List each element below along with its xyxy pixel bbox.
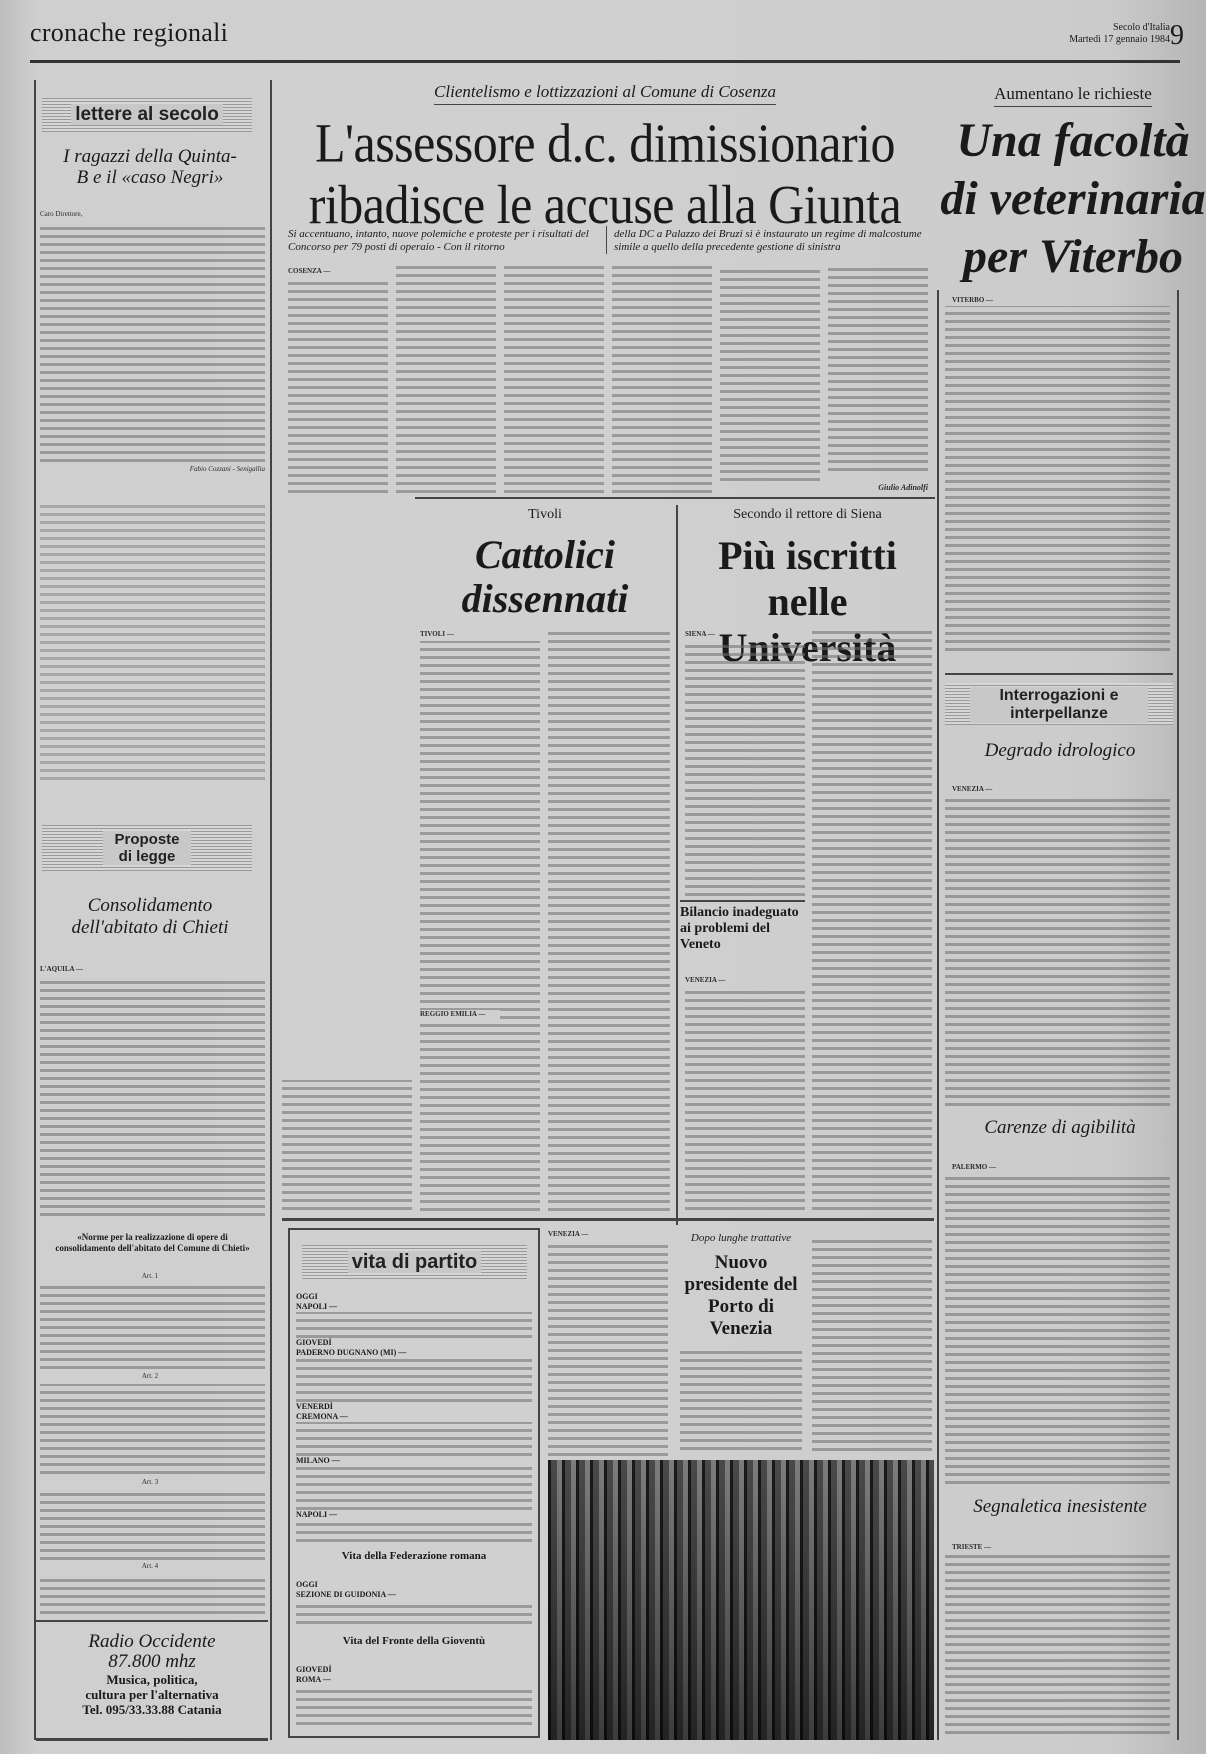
- article-2: Art. 2: [130, 1372, 170, 1381]
- lettere-box: lettere al secolo: [42, 98, 252, 132]
- main-kicker: Clientelismo e lottizzazioni al Comune d…: [285, 82, 925, 105]
- fronte-entry: GIOVEDÌ ROMA —: [296, 1665, 532, 1725]
- lettere-reply: [40, 500, 265, 780]
- entry-day: GIOVEDÌ: [296, 1338, 532, 1348]
- interrogazioni-box: Interrogazioni e interpellanze: [945, 683, 1173, 725]
- bilancio-dateline: VENEZIA —: [685, 976, 735, 985]
- deck-divider: [606, 226, 607, 254]
- vita-entries: OGGI NAPOLI — GIOVEDÌ PADERNO DUGNANO (M…: [296, 1292, 532, 1542]
- main-col-5: [720, 266, 820, 481]
- entry-place: PADERNO DUGNANO (MI) —: [296, 1348, 532, 1358]
- interrogazioni-rule: [945, 673, 1173, 675]
- article-4: Art. 4: [130, 1562, 170, 1571]
- entry-day: GIOVEDÌ: [296, 1665, 532, 1675]
- entry-place: MILANO —: [296, 1456, 532, 1466]
- bilancio-body: [685, 987, 805, 1210]
- segnaletica-title: Segnaletica inesistente: [960, 1496, 1160, 1518]
- norme-title: «Norme per la realizzazione di opere di …: [55, 1232, 250, 1254]
- main-continuation: [282, 1080, 412, 1210]
- right-headline: Una facoltà di veterinaria per Viterbo: [940, 112, 1206, 286]
- issue-date: Martedì 17 gennaio 1984: [1010, 34, 1170, 46]
- siena-col-1: [685, 641, 805, 896]
- main-signature: Giulio Adinolfi: [828, 483, 928, 492]
- entry-place: CREMONA —: [296, 1412, 532, 1422]
- bilancio-rule: [680, 900, 805, 902]
- lettere-body: [40, 222, 265, 462]
- reggio-emilia-dateline: REGGIO EMILIA —: [420, 1010, 500, 1019]
- venezia-col-3: [812, 1236, 932, 1451]
- bilancio-title: Bilancio inadeguato ai problemi del Vene…: [680, 905, 805, 953]
- main-bottom-rule: [415, 497, 935, 499]
- venezia-headline: Nuovo presidente del Porto di Venezia: [680, 1252, 802, 1340]
- carenze-body: [945, 1174, 1170, 1484]
- main-dateline: COSENZA —: [288, 267, 338, 276]
- main-col-3: [504, 266, 604, 493]
- main-deck-right: della DC a Palazzo dei Bruzi si è instau…: [614, 228, 929, 254]
- article-3-body: [40, 1490, 265, 1560]
- entry-body: [296, 1520, 532, 1542]
- main-col-6: [828, 266, 928, 471]
- tivoli-headline: Cattolici dissennati: [415, 533, 675, 621]
- masthead-rule: [30, 60, 1180, 63]
- tivoli-siena-divider: [676, 505, 678, 1225]
- radio-ad-slogan-1: Musica, politica,: [36, 1672, 268, 1687]
- article-4-body: [40, 1574, 265, 1614]
- radio-ad-phone: Tel. 095/33.33.88 Catania: [36, 1702, 268, 1717]
- entry-day: OGGI: [296, 1292, 532, 1302]
- segnaletica-body: [945, 1554, 1170, 1734]
- radio-ad-name: Radio Occidente: [36, 1632, 268, 1652]
- main-col-1: [288, 278, 388, 493]
- entry-place: NAPOLI —: [296, 1302, 532, 1312]
- venezia-kicker: Dopo lunghe trattative: [676, 1232, 806, 1244]
- lettere-salutation: Caro Direttore,: [40, 210, 265, 219]
- radio-ad: Radio Occidente 87.800 mhz Musica, polit…: [36, 1620, 268, 1741]
- publication-info: Secolo d'Italia Martedì 17 gennaio 1984: [1010, 22, 1170, 46]
- main-col-4: [612, 266, 712, 493]
- venice-palazzo-photo: [548, 1460, 934, 1740]
- right-column-border-right: [1177, 290, 1179, 1740]
- radio-ad-frequency: 87.800 mhz: [36, 1652, 268, 1672]
- article-2-body: [40, 1384, 265, 1474]
- vita-di-partito-label: vita di partito: [348, 1251, 482, 1273]
- article-3: Art. 3: [130, 1478, 170, 1487]
- newspaper-page: cronache regionali Secolo d'Italia Marte…: [0, 0, 1206, 1754]
- lettere-signature: Fabio Cozzani - Senigallia: [120, 465, 265, 474]
- venezia-col-1: [548, 1241, 668, 1456]
- proposte-dateline: L'AQUILA —: [40, 965, 100, 974]
- siena-kicker: Secondo il rettore di Siena: [680, 507, 935, 523]
- tivoli-col-1: [420, 641, 540, 1211]
- entry-place: ROMA —: [296, 1675, 532, 1685]
- lettere-title: I ragazzi della Quinta-B e il «caso Negr…: [60, 146, 240, 188]
- federazione-title: Vita della Federazione romana: [296, 1550, 532, 1563]
- entry-body: [296, 1312, 532, 1338]
- venezia-col-2: [680, 1350, 802, 1450]
- tivoli-col-2: [548, 630, 670, 1211]
- main-kicker-text: Clientelismo e lottizzazioni al Comune d…: [434, 82, 776, 105]
- entry-day: OGGI: [296, 1580, 532, 1590]
- lettere-box-label: lettere al secolo: [71, 104, 223, 125]
- entry-body: [296, 1600, 532, 1624]
- degrado-title: Degrado idrologico: [960, 740, 1160, 762]
- entry-body: [296, 1466, 532, 1510]
- fronte-title: Vita del Fronte della Gioventù: [296, 1635, 532, 1648]
- entry-day: VENERDÌ: [296, 1402, 532, 1412]
- proposte-title: Consolidamento dell'abitato di Chieti: [60, 895, 240, 939]
- federazione-entry: OGGI SEZIONE DI GUIDONIA —: [296, 1580, 532, 1624]
- right-kicker: Aumentano le richieste: [940, 84, 1206, 107]
- right-column-border-left: [937, 290, 939, 1740]
- degrado-body: [945, 796, 1170, 1106]
- entry-body: [296, 1685, 532, 1725]
- right-kicker-text: Aumentano le richieste: [994, 84, 1152, 107]
- main-deck-left: Si accentuano, intanto, nuove polemiche …: [288, 228, 598, 254]
- radio-ad-slogan-2: cultura per l'alternativa: [36, 1687, 268, 1702]
- section-name: cronache regionali: [30, 18, 228, 48]
- page-number: 9: [1170, 20, 1184, 52]
- vita-di-partito-box: vita di partito: [302, 1245, 527, 1279]
- right-dateline: VITERBO —: [952, 296, 1002, 305]
- article-1-body: [40, 1284, 265, 1369]
- main-col-2: [396, 266, 496, 493]
- segnaletica-dateline: TRIESTE —: [952, 1543, 1002, 1552]
- entry-place: NAPOLI —: [296, 1510, 532, 1520]
- entry-body: [296, 1358, 532, 1402]
- right-body: [945, 306, 1170, 651]
- tivoli-dateline: TIVOLI —: [420, 630, 460, 639]
- entry-place: SEZIONE DI GUIDONIA —: [296, 1590, 532, 1600]
- degrado-dateline: VENEZIA —: [952, 785, 1002, 794]
- siena-dateline: SIENA —: [685, 630, 725, 639]
- interrogazioni-box-label: Interrogazioni e interpellanze: [970, 687, 1148, 723]
- venezia-dateline: VENEZIA —: [548, 1230, 598, 1239]
- left-column-border-right: [270, 80, 272, 1740]
- main-headline: L'assessore d.c. dimissionario ribadisce…: [285, 112, 925, 235]
- publication-name: Secolo d'Italia: [1010, 22, 1170, 34]
- lower-section-rule: [282, 1218, 934, 1221]
- proposte-body: [40, 976, 265, 1216]
- carenze-dateline: PALERMO —: [952, 1163, 1002, 1172]
- left-column-border: [34, 80, 36, 1740]
- siena-col-2: [812, 630, 932, 1210]
- proposte-box: Proposte di legge: [42, 825, 252, 871]
- proposte-box-label: Proposte di legge: [103, 831, 191, 865]
- carenze-title: Carenze di agibilità: [960, 1117, 1160, 1139]
- tivoli-kicker: Tivoli: [415, 507, 675, 523]
- entry-body: [296, 1422, 532, 1456]
- article-1: Art. 1: [130, 1272, 170, 1281]
